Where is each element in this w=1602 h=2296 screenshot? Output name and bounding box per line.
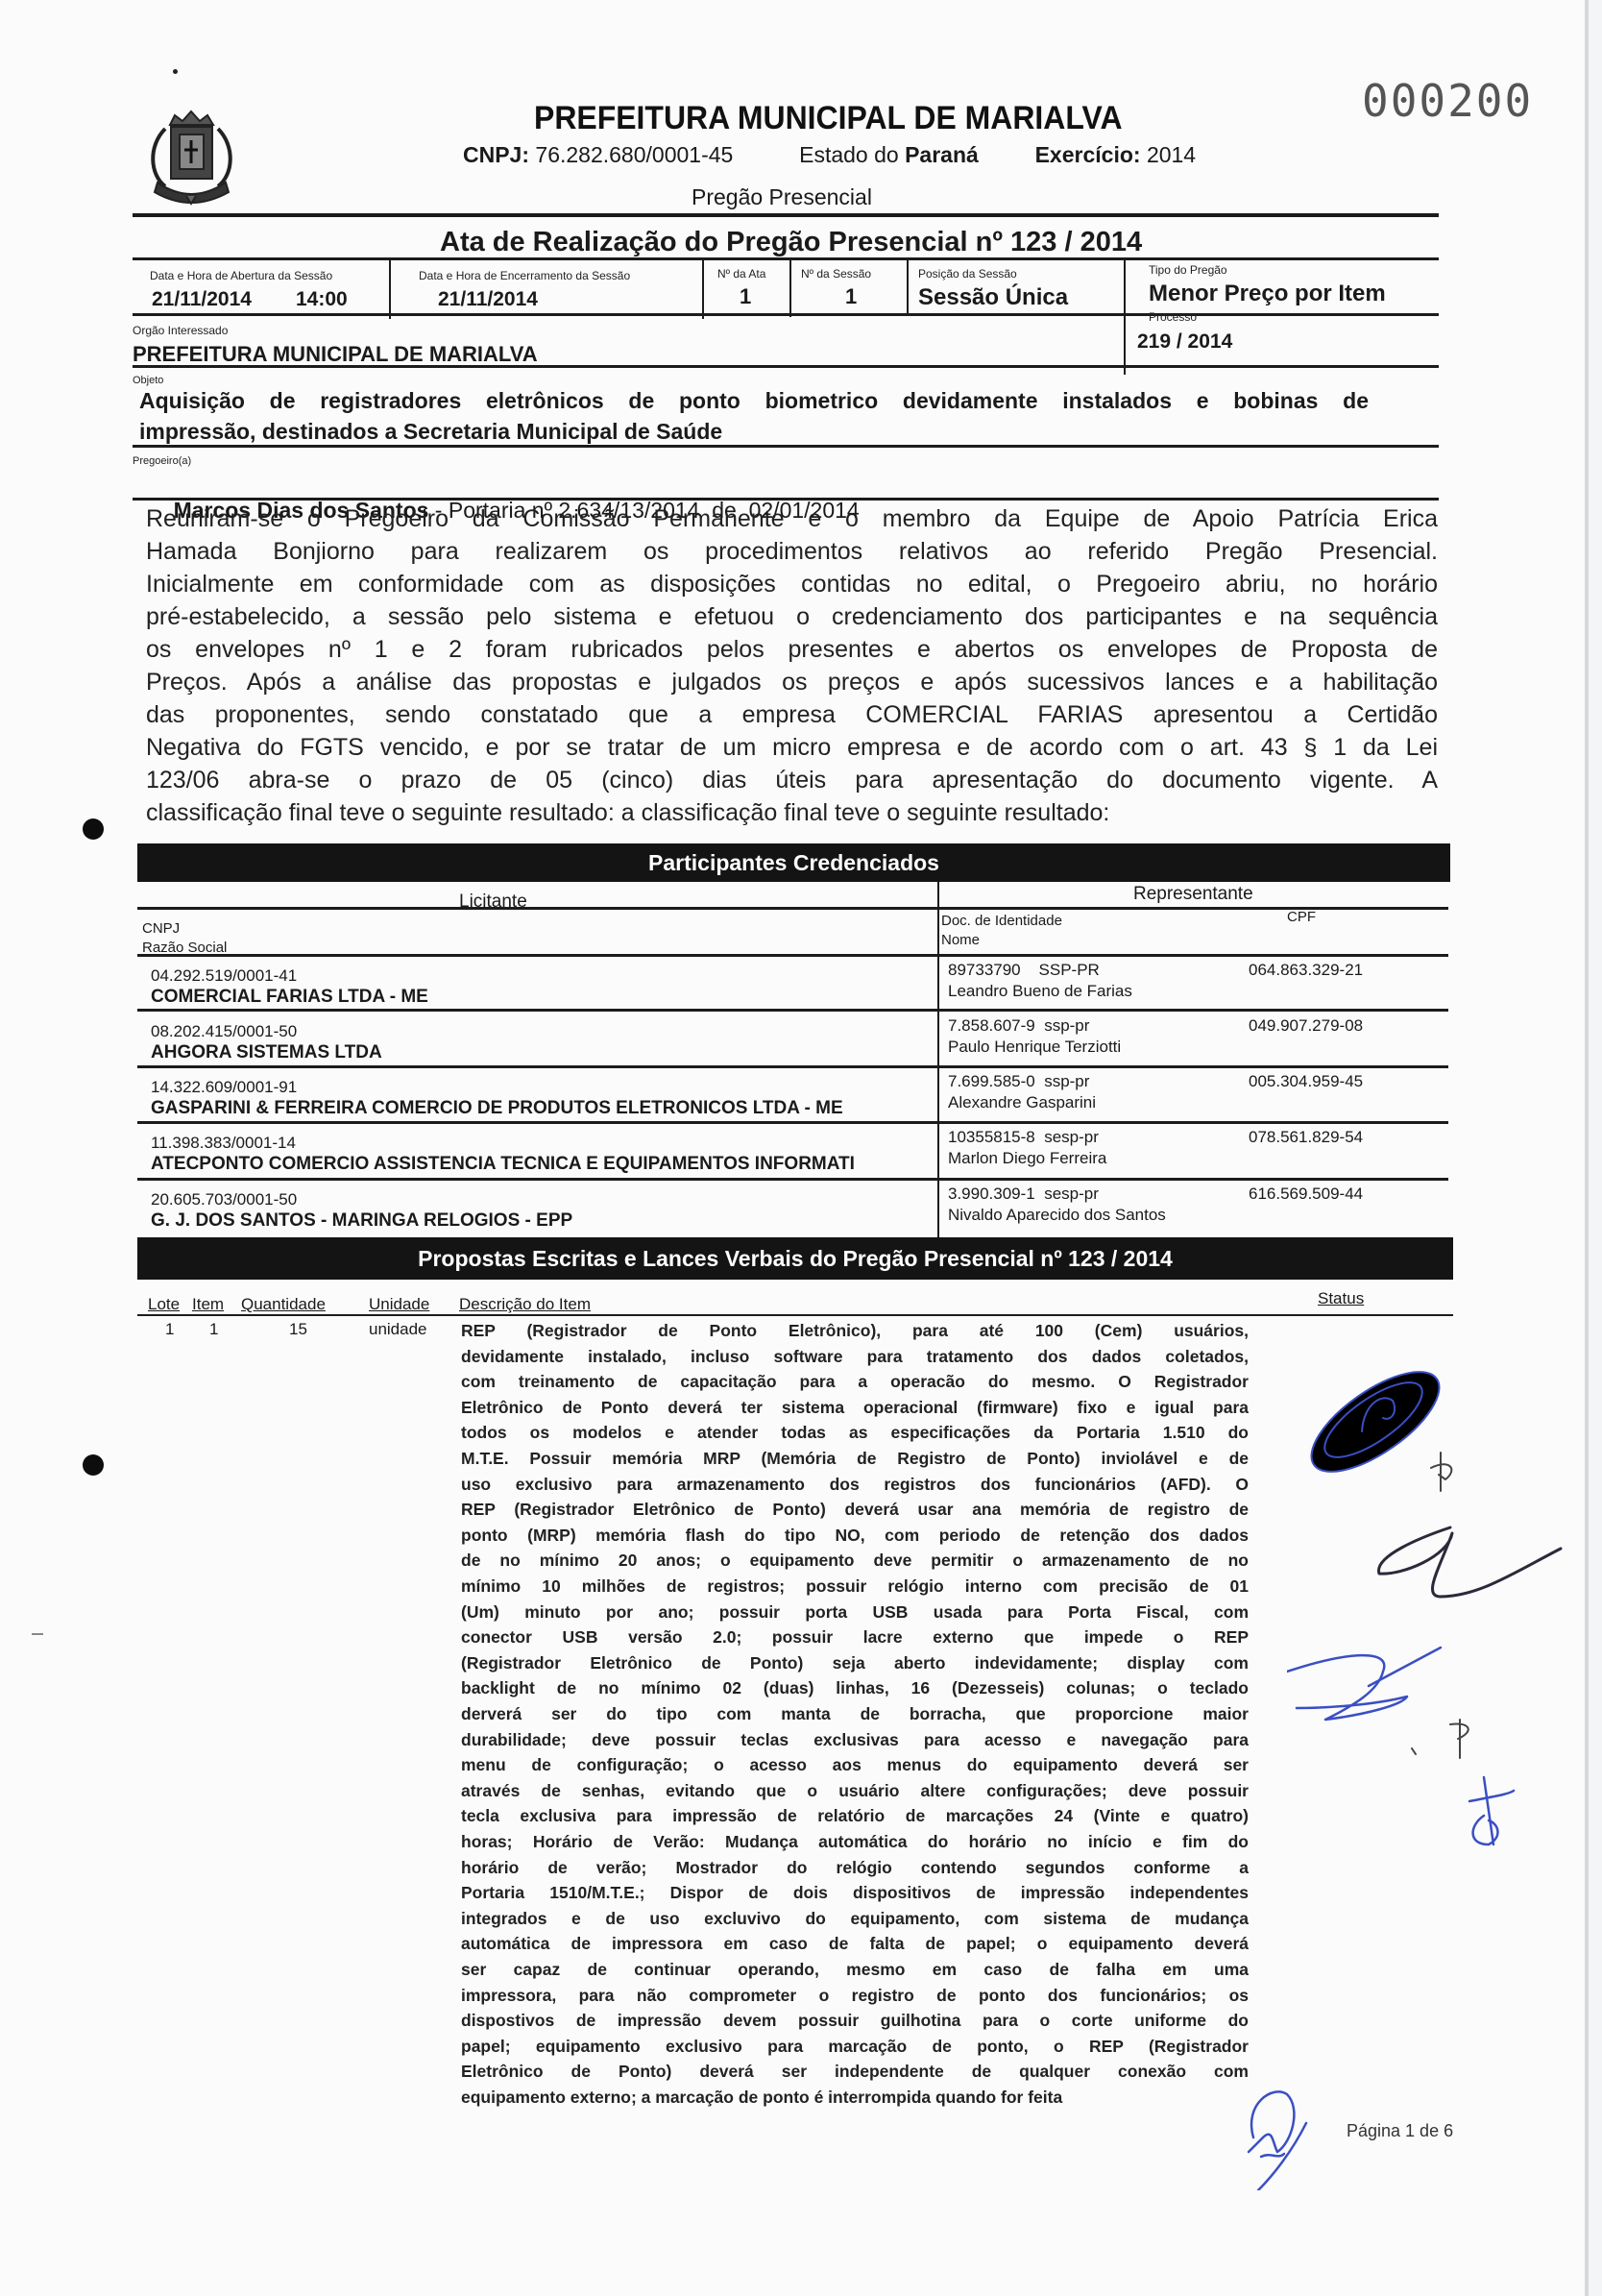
- narrative-line: Inicialmente em conformidade com as disp…: [146, 571, 1438, 598]
- abertura-time: 14:00: [296, 288, 348, 311]
- state-prefix: Estado do: [799, 142, 899, 167]
- divider: [389, 259, 391, 319]
- orgao-value: PREFEITURA MUNICIPAL DE MARIALVA: [133, 342, 538, 367]
- objeto-line-2: impressão, destinados a Secretaria Munic…: [139, 419, 722, 445]
- sheet-number-stamp: 000200: [1362, 75, 1533, 127]
- speck: [32, 1633, 43, 1635]
- item-description-line: tecla exclusiva para impressão de relató…: [461, 1803, 1249, 1829]
- orgao-label: Orgão Interessado: [133, 324, 228, 337]
- encerramento-value: 21/11/2014: [438, 288, 538, 311]
- item-description-line: impressora, para não comprometer o regis…: [461, 1983, 1249, 2009]
- participant-cpf: 005.304.959-45: [1249, 1072, 1363, 1091]
- participant-cpf: 616.569.509-44: [1249, 1185, 1363, 1204]
- col-descricao-header: Descrição do Item: [459, 1295, 591, 1314]
- participant-nome: Alexandre Gasparini: [948, 1093, 1096, 1112]
- item-description-line: derverá ser do tipo com manta de borrach…: [461, 1701, 1249, 1727]
- item-description-line: durabilidade; deve possuir teclas exclus…: [461, 1727, 1249, 1753]
- handwritten-rubric-signature: [1234, 2085, 1330, 2190]
- participant-razao: G. J. DOS SANTOS - MARINGA RELOGIOS - EP…: [151, 1210, 572, 1232]
- item-description-line: REP (Registrador Eletrônico de Ponto) de…: [461, 1497, 1249, 1523]
- item-description-line: uso exclusivo para armazenamento dos reg…: [461, 1472, 1249, 1498]
- participant-row: 08.202.415/0001-50 AHGORA SISTEMAS LTDA …: [137, 1013, 1448, 1068]
- participant-row: 04.292.519/0001-41 COMERCIAL FARIAS LTDA…: [137, 957, 1448, 1013]
- item-description-line: Eletrônico de Ponto deverá ter sistema o…: [461, 1395, 1249, 1421]
- item-description-line: (Um) minuto por ano; possuir porta USB u…: [461, 1600, 1249, 1625]
- item-description-line: ponto (MRP) memória flash do tipo NO, co…: [461, 1523, 1249, 1549]
- item-description-line: horário de verão; Mostrador do relógio c…: [461, 1855, 1249, 1881]
- exercise-label: Exercício:: [1035, 142, 1141, 167]
- item-unidade: unidade: [369, 1320, 427, 1339]
- org-title: PREFEITURA MUNICIPAL DE MARIALVA: [534, 100, 1123, 137]
- participant-cpf: 078.561.829-54: [1249, 1128, 1363, 1147]
- header-rule: [133, 213, 1439, 217]
- participant-doc: 10355815-8 sesp-pr: [948, 1128, 1099, 1147]
- punch-hole-bottom: [83, 1454, 104, 1476]
- item-description-line: M.T.E. Possuir memória MRP (Memória de R…: [461, 1446, 1249, 1472]
- participant-cpf: 049.907.279-08: [1249, 1016, 1363, 1036]
- cnpj-label: CNPJ:: [463, 142, 529, 167]
- col-cnpj-header: CNPJ: [142, 920, 180, 937]
- item-description-line: com treinamento de capacitação para a op…: [461, 1369, 1249, 1395]
- participantes-section-bar: Participantes Credenciados: [137, 843, 1450, 882]
- item-description-line: Portaria 1510/M.T.E.; Dispor de dois dis…: [461, 1880, 1249, 1906]
- representante-header: Representante: [1133, 884, 1253, 905]
- n-ata-label: Nº da Ata: [717, 267, 765, 281]
- participant-nome: Nivaldo Aparecido dos Santos: [948, 1206, 1166, 1225]
- participant-nome: Paulo Henrique Terziotti: [948, 1038, 1121, 1057]
- tipo-value: Menor Preço por Item: [1149, 281, 1386, 307]
- row-rule: [137, 907, 1448, 910]
- participant-row: 14.322.609/0001-91 GASPARINI & FERREIRA …: [137, 1068, 1448, 1124]
- state-name: Paraná: [905, 142, 979, 167]
- item-description-line: Eletrônico de Ponto) deverá ser independ…: [461, 2059, 1249, 2085]
- row-rule: [133, 313, 1439, 316]
- propostas-title: Propostas Escritas e Lances Verbais do P…: [418, 1246, 1173, 1271]
- objeto-line-1: Aquisição de registradores eletrônicos d…: [139, 388, 1369, 414]
- tipo-label: Tipo do Pregão: [1149, 263, 1227, 277]
- n-sessao-value: 1: [845, 284, 857, 309]
- narrative-line: classificação final teve o seguinte resu…: [146, 799, 1109, 827]
- participant-doc: 7.699.585-0 ssp-pr: [948, 1072, 1089, 1091]
- posicao-value: Sessão Única: [918, 284, 1068, 311]
- participant-cnpj: 14.322.609/0001-91: [151, 1078, 297, 1097]
- item-description-line: mínimo 10 milhões de registros; possuir …: [461, 1574, 1249, 1600]
- modality-subtitle: Pregão Presencial: [692, 184, 872, 210]
- participant-doc: 7.858.607-9 ssp-pr: [948, 1016, 1089, 1036]
- header-info-line: CNPJ: 76.282.680/0001-45 Estado do Paran…: [463, 142, 1196, 168]
- narrative-line: Hamada Bonjiorno para realizarem os proc…: [146, 538, 1438, 566]
- col-unidade-header: Unidade: [369, 1295, 429, 1314]
- item-description-line: de no mínimo 20 anos; o equipamento deve…: [461, 1548, 1249, 1574]
- pregoeiro-label: Pregoeiro(a): [133, 455, 191, 467]
- item-number: 1: [209, 1320, 218, 1339]
- divider: [1124, 259, 1126, 375]
- item-description-line: conector USB versão 2.0; possuir lacre e…: [461, 1624, 1249, 1650]
- col-lote-header: Lote: [148, 1295, 180, 1314]
- participant-cnpj: 08.202.415/0001-50: [151, 1022, 297, 1041]
- participant-row: 20.605.703/0001-50 G. J. DOS SANTOS - MA…: [137, 1181, 1448, 1236]
- participant-cnpj: 04.292.519/0001-41: [151, 966, 297, 986]
- row-rule: [133, 498, 1439, 501]
- propostas-section-bar: Propostas Escritas e Lances Verbais do P…: [137, 1237, 1453, 1280]
- participant-razao: AHGORA SISTEMAS LTDA: [151, 1042, 382, 1063]
- ata-title-rule: [133, 257, 1439, 260]
- n-sessao-label: Nº da Sessão: [801, 267, 871, 281]
- handwritten-initials-signature: [1287, 1345, 1594, 2094]
- col-cpf-header: CPF: [1287, 909, 1316, 925]
- item-description-line: através de senhas, evitando que o usuári…: [461, 1778, 1249, 1804]
- item-lote: 1: [165, 1320, 174, 1339]
- divider: [702, 259, 704, 319]
- item-description-line: devidamente instalado, incluso software …: [461, 1344, 1249, 1370]
- col-nome-header: Nome: [941, 932, 980, 948]
- item-description-line: equipamento externo; a marcação de ponto…: [461, 2085, 1062, 2111]
- item-description-line: integrados e de uso excluvivo do equipam…: [461, 1906, 1249, 1932]
- speck: [173, 69, 178, 74]
- participant-doc: 3.990.309-1 sesp-pr: [948, 1185, 1099, 1204]
- divider: [789, 259, 791, 317]
- processo-value: 219 / 2014: [1137, 330, 1232, 354]
- participant-razao: ATECPONTO COMERCIO ASSISTENCIA TECNICA E…: [151, 1154, 936, 1175]
- col-item-header: Item: [192, 1295, 224, 1314]
- row-rule: [133, 445, 1439, 448]
- punch-hole-top: [83, 818, 104, 840]
- participant-cnpj: 11.398.383/0001-14: [151, 1134, 296, 1153]
- narrative-line: os envelopes nº 1 e 2 foram rubricados p…: [146, 636, 1438, 664]
- abertura-date: 21/11/2014: [152, 288, 252, 311]
- municipal-coat-of-arms-logo: [136, 108, 247, 208]
- posicao-label: Posição da Sessão: [918, 267, 1017, 281]
- participant-nome: Marlon Diego Ferreira: [948, 1149, 1106, 1168]
- col-status-header: Status: [1318, 1289, 1364, 1308]
- row-rule: [137, 1314, 1453, 1316]
- participant-doc: 89733790 SSP-PR: [948, 961, 1100, 980]
- exercise-value: 2014: [1147, 142, 1196, 167]
- item-description-line: papel; equipamento exclusivo para marcaç…: [461, 2034, 1249, 2060]
- item-description-line: REP (Registrador de Ponto Eletrônico), p…: [461, 1318, 1249, 1344]
- item-description-line: automática de impressora em caso de falt…: [461, 1931, 1249, 1957]
- row-rule: [133, 365, 1439, 368]
- document-page: 000200 PREFEITURA MUNICIPAL DE MARIALVA …: [0, 0, 1589, 2296]
- participant-razao: COMERCIAL FARIAS LTDA - ME: [151, 987, 428, 1008]
- participant-cnpj: 20.605.703/0001-50: [151, 1190, 297, 1209]
- narrative-line: Negativa do FGTS vencido, e por se trata…: [146, 734, 1438, 762]
- participantes-title: Participantes Credenciados: [648, 850, 939, 875]
- col-doc-header: Doc. de Identidade: [941, 913, 1062, 929]
- item-description-line: menu de configuração; o acesso aos menus…: [461, 1752, 1249, 1778]
- abertura-label: Data e Hora de Abertura da Sessão: [150, 269, 332, 282]
- participant-nome: Leandro Bueno de Farias: [948, 982, 1132, 1001]
- item-description-line: horas; Horário de Verão: Mudança automát…: [461, 1829, 1249, 1855]
- page-number-label: Página 1 de 6: [1347, 2121, 1453, 2141]
- row-rule: [137, 1009, 1448, 1012]
- objeto-label: Objeto: [133, 375, 163, 386]
- participant-cpf: 064.863.329-21: [1249, 961, 1363, 980]
- item-description-line: (Registrador Eletrônico de Ponto) seja a…: [461, 1650, 1249, 1676]
- narrative-line: Preços. Após a análise das propostas e j…: [146, 669, 1438, 696]
- participant-razao: GASPARINI & FERREIRA COMERCIO DE PRODUTO…: [151, 1098, 843, 1119]
- cnpj-value: 76.282.680/0001-45: [535, 142, 733, 167]
- participant-row: 11.398.383/0001-14 ATECPONTO COMERCIO AS…: [137, 1124, 1448, 1180]
- item-description-line: dispostivos de impressão devem possuir g…: [461, 2008, 1249, 2034]
- encerramento-label: Data e Hora de Encerramento da Sessão: [419, 269, 630, 282]
- col-quantidade-header: Quantidade: [241, 1295, 326, 1314]
- narrative-line: das proponentes, sendo constatado que a …: [146, 701, 1438, 729]
- processo-label: Processo: [1149, 310, 1197, 324]
- ata-title: Ata de Realização do Pregão Presencial n…: [440, 227, 1142, 258]
- item-description-line: ser capaz de continuar operando, mesmo e…: [461, 1957, 1249, 1983]
- n-ata-value: 1: [740, 284, 751, 309]
- divider: [907, 259, 909, 315]
- item-quantidade: 15: [289, 1320, 307, 1339]
- item-description-line: backlight de no mínimo 02 (duas) linhas,…: [461, 1675, 1249, 1701]
- narrative-line: pré-estabelecido, a sessão pelo sistema …: [146, 603, 1438, 631]
- item-description-line: todos os modelos e atender todas as espe…: [461, 1420, 1249, 1446]
- narrative-line: 123/06 abra-se o prazo de 05 (cinco) dia…: [146, 767, 1438, 794]
- narrative-line: Reuniram-se o Pregoeiro da Comissão Perm…: [146, 505, 1438, 533]
